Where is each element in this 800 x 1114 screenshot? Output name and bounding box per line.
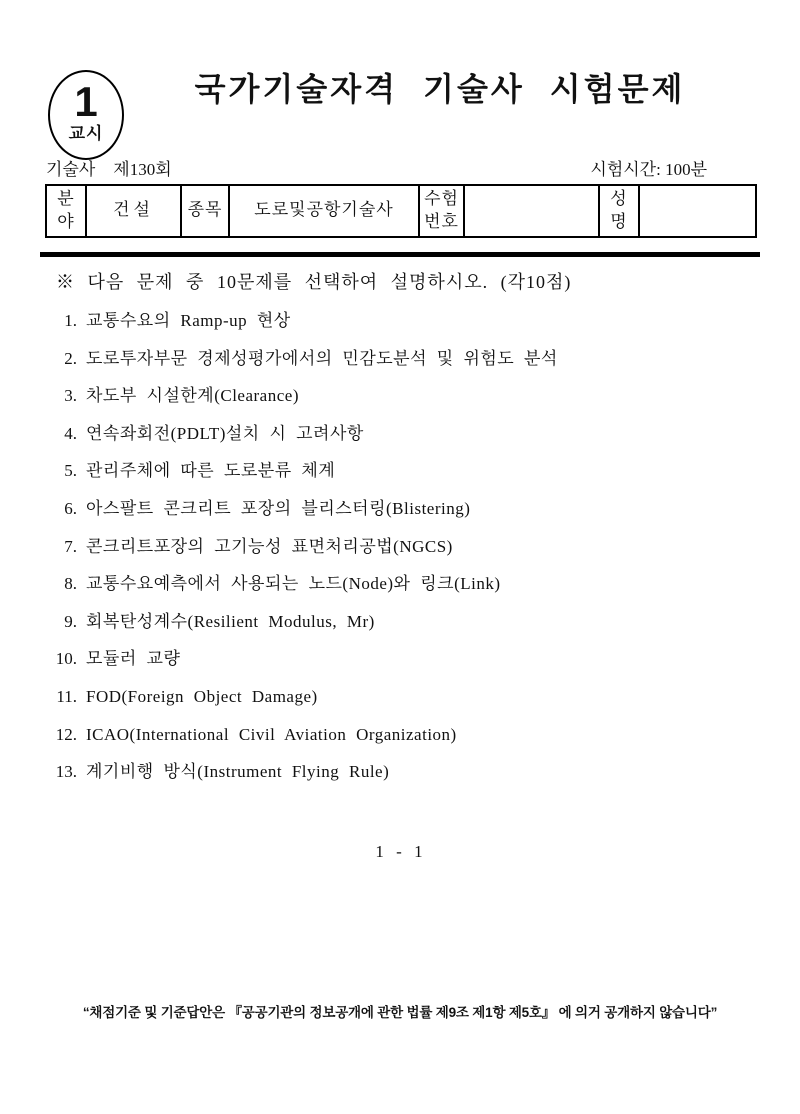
question-list: 1.교통수요의 Ramp-up 현상2.도로투자부문 경제성평가에서의 민감도분…: [40, 302, 760, 791]
question-item: 1.교통수요의 Ramp-up 현상: [40, 302, 760, 340]
question-item: 11.FOD(Foreign Object Damage): [40, 678, 760, 716]
exam-number-label-cell: 수험번호: [419, 185, 464, 237]
question-text: 교통수요의 Ramp-up 현상: [86, 311, 291, 330]
table-row: 분야 건설 종목 도로및공항기술사 수험번호 성명: [46, 185, 756, 237]
subject-value-cell: 도로및공항기술사: [229, 185, 419, 237]
candidate-info-table: 분야 건설 종목 도로및공항기술사 수험번호 성명: [45, 184, 757, 238]
question-number: 12.: [40, 716, 77, 754]
name-value-cell: [639, 185, 756, 237]
question-number: 3.: [40, 377, 77, 415]
question-text: FOD(Foreign Object Damage): [86, 687, 318, 706]
question-text: 아스팔트 콘크리트 포장의 블리스터링(Blistering): [86, 499, 470, 518]
question-text: 차도부 시설한계(Clearance): [86, 386, 299, 405]
question-number: 7.: [40, 528, 77, 566]
name-label-cell: 성명: [599, 185, 639, 237]
question-text: 교통수요예측에서 사용되는 노드(Node)와 링크(Link): [86, 574, 501, 593]
question-number: 9.: [40, 603, 77, 641]
question-text: 계기비행 방식(Instrument Flying Rule): [86, 762, 389, 781]
question-item: 3.차도부 시설한계(Clearance): [40, 377, 760, 415]
page-title: 국가기술자격 기술사 시험문제: [80, 64, 800, 110]
question-number: 6.: [40, 490, 77, 528]
question-item: 13.계기비행 방식(Instrument Flying Rule): [40, 753, 760, 791]
question-item: 12.ICAO(International Civil Aviation Org…: [40, 716, 760, 754]
exam-meta-row: 기술사제130회 시험시간: 100분: [46, 159, 707, 181]
question-number: 5.: [40, 452, 77, 490]
page-number: 1 - 1: [0, 842, 800, 862]
question-item: 6.아스팔트 콘크리트 포장의 블리스터링(Blistering): [40, 490, 760, 528]
question-number: 13.: [40, 753, 77, 791]
question-item: 5.관리주체에 따른 도로분류 체계: [40, 452, 760, 490]
question-number: 10.: [40, 640, 77, 678]
field-label-cell: 분야: [46, 185, 86, 237]
question-text: 회복탄성계수(Resilient Modulus, Mr): [86, 612, 375, 631]
question-number: 1.: [40, 302, 77, 340]
subject-label-cell: 종목: [181, 185, 229, 237]
question-number: 2.: [40, 340, 77, 378]
question-number: 4.: [40, 415, 77, 453]
exam-instruction: ※ 다음 문제 중 10문제를 선택하여 설명하시오. (각10점): [56, 268, 571, 294]
question-number: 8.: [40, 565, 77, 603]
footer-legal-notice: “채점기준 및 기준답안은 『공공기관의 정보공개에 관한 법률 제9조 제1항…: [28, 1001, 772, 1021]
period-label: 교시: [50, 124, 122, 144]
exam-document-page: 1 교시 국가기술자격 기술사 시험문제 기술사제130회 시험시간: 100분…: [0, 0, 800, 1114]
question-text: 연속좌회전(PDLT)설치 시 고려사항: [86, 424, 364, 443]
question-item: 8.교통수요예측에서 사용되는 노드(Node)와 링크(Link): [40, 565, 760, 603]
question-text: 관리주체에 따른 도로분류 체계: [86, 461, 335, 480]
exam-round-label: 제130회: [113, 160, 171, 179]
question-text: 콘크리트포장의 고기능성 표면처리공법(NGCS): [86, 537, 453, 556]
question-item: 4.연속좌회전(PDLT)설치 시 고려사항: [40, 415, 760, 453]
question-item: 7.콘크리트포장의 고기능성 표면처리공법(NGCS): [40, 528, 760, 566]
question-item: 2.도로투자부문 경제성평가에서의 민감도분석 및 위험도 분석: [40, 340, 760, 378]
question-item: 10.모듈러 교량: [40, 640, 760, 678]
exam-type-and-round: 기술사제130회: [46, 159, 172, 181]
exam-type-label: 기술사: [46, 160, 95, 179]
question-text: 모듈러 교량: [86, 649, 180, 668]
question-text: 도로투자부문 경제성평가에서의 민감도분석 및 위험도 분석: [86, 349, 558, 368]
question-text: ICAO(International Civil Aviation Organi…: [86, 725, 457, 744]
question-number: 11.: [40, 678, 77, 716]
question-item: 9.회복탄성계수(Resilient Modulus, Mr): [40, 603, 760, 641]
header-divider-rule: [40, 252, 760, 257]
exam-time-label: 시험시간: 100분: [590, 159, 707, 181]
field-value-cell: 건설: [86, 185, 181, 237]
exam-number-value-cell: [464, 185, 599, 237]
